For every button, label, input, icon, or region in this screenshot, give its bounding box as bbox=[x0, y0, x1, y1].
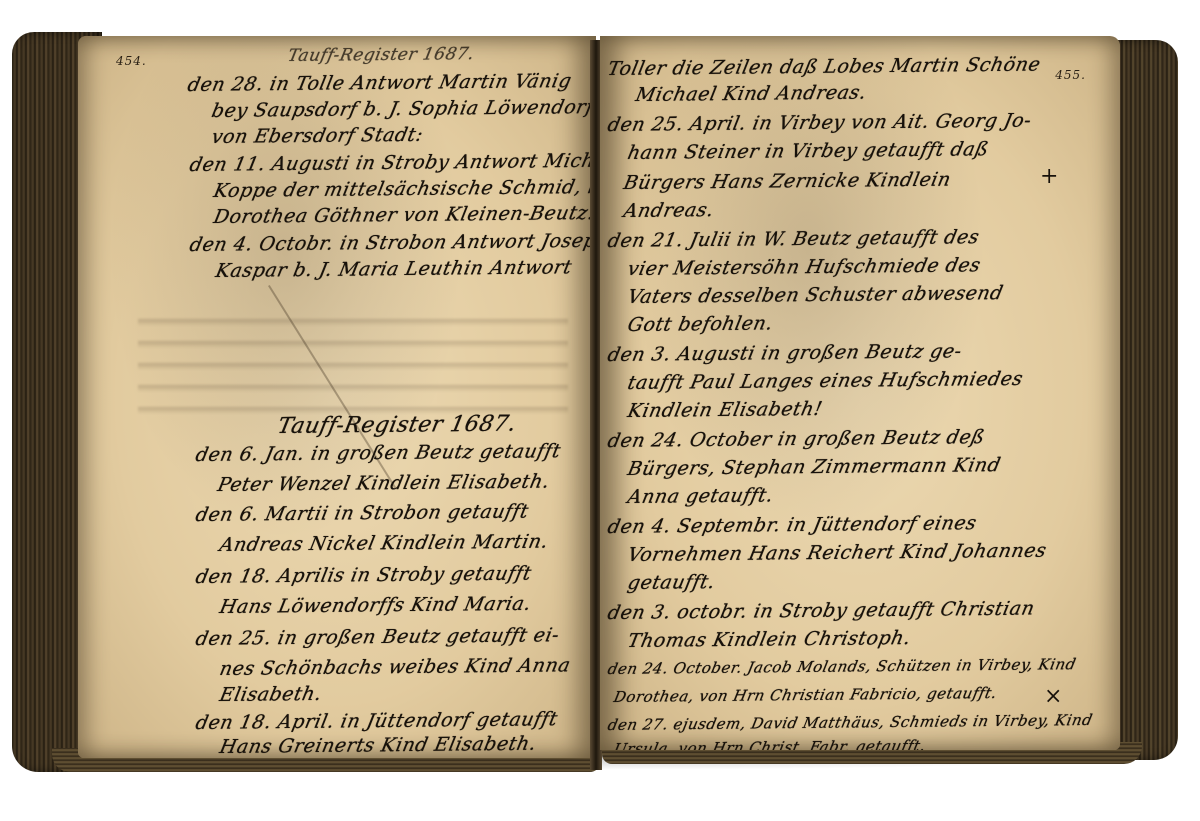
entry-line: den 18. April. in Jüttendorf getaufft bbox=[194, 708, 560, 734]
entry-line: den 11. Augusti in Stroby Antwort Michel bbox=[188, 150, 596, 176]
entry-line: Andreas. bbox=[622, 199, 716, 222]
entry-line: Elisabeth. bbox=[218, 683, 324, 706]
entry-line: Peter Wenzel Kindlein Elisabeth. bbox=[216, 471, 552, 496]
entry-line: den 6. Martii in Strobon getaufft bbox=[194, 501, 531, 526]
entry-line: bey Saupsdorf b. J. Sophia Löwendorf bbox=[210, 96, 596, 122]
entry-line: den 24. October. Jacob Molands, Schützen… bbox=[606, 655, 1078, 678]
left-page: 454. Tauff-Register 1687. den 28. in Tol… bbox=[78, 36, 596, 758]
entry-line: Kindlein Elisabeth! bbox=[626, 398, 825, 422]
entry-line: den 6. Jan. in großen Beutz getaufft bbox=[194, 440, 563, 466]
open-book: 454. Tauff-Register 1687. den 28. in Tol… bbox=[12, 26, 1178, 774]
entry-line: taufft Paul Langes eines Hufschmiedes bbox=[626, 368, 1025, 394]
entry-line: Ursula, von Hrn Christ. Fabr. getaufft. bbox=[612, 737, 927, 750]
entry-line: den 28. in Tolle Antwort Martin Vänig bbox=[186, 70, 574, 96]
entry-line: getaufft. bbox=[626, 571, 717, 594]
entry-line: Vaters desselben Schuster abwesend bbox=[626, 282, 1006, 308]
entry-line: Dorothea Göthner von Kleinen-Beutz. bbox=[212, 202, 596, 228]
entry-line: Koppe der mittelsächsische Schmid, b. J. bbox=[212, 176, 596, 202]
folio-number: 455. bbox=[1055, 68, 1086, 82]
entry-line: Hans Löwendorffs Kind Maria. bbox=[218, 593, 533, 618]
entry-line: Kaspar b. J. Maria Leuthin Antwort bbox=[214, 256, 574, 282]
margin-cross-mark: + bbox=[1040, 164, 1058, 189]
entry-line: den 18. Aprilis in Stroby getaufft bbox=[194, 562, 534, 588]
entry-line: den 24. October in großen Beutz deß bbox=[606, 426, 987, 452]
entry-line: den 25. April. in Virbey von Ait. Georg … bbox=[606, 110, 1034, 136]
entry-line: Toller die Zeilen daß Lobes Martin Schön… bbox=[606, 53, 1043, 80]
entry-line: den 21. Julii in W. Beutz getaufft des bbox=[606, 226, 982, 252]
section-heading: Tauff-Register 1687. bbox=[275, 412, 518, 439]
entry-line: Michael Kind Andreas. bbox=[634, 82, 869, 106]
entry-line: den 4. Octobr. in Strobon Antwort Joseph bbox=[188, 230, 596, 256]
entry-line: den 3. Augusti in großen Beutz ge- bbox=[606, 340, 964, 366]
margin-x-mark: × bbox=[1044, 684, 1062, 709]
entry-line: Dorothea, von Hrn Christian Fabricio, ge… bbox=[612, 684, 999, 706]
page-heading: Tauff-Register 1687. bbox=[286, 44, 476, 66]
entry-line: Vornehmen Hans Reichert Kind Johannes bbox=[626, 540, 1049, 566]
entry-line: Thomas Kindlein Christoph. bbox=[626, 627, 913, 652]
entry-line: Gott befohlen. bbox=[626, 312, 775, 336]
entry-line: Hans Greinerts Kind Elisabeth. bbox=[218, 733, 539, 758]
entry-line: den 25. in großen Beutz getaufft ei- bbox=[194, 624, 562, 650]
right-page: 455. Toller die Zeilen daß Lobes Martin … bbox=[600, 36, 1120, 750]
entry-line: den 27. ejusdem, David Matthäus, Schmied… bbox=[606, 711, 1094, 734]
folio-number: 454. bbox=[116, 54, 147, 68]
entry-line: vier Meistersöhn Hufschmiede des bbox=[626, 254, 983, 280]
entry-line: Bürgers Hans Zernicke Kindlein bbox=[622, 169, 953, 194]
entry-line: nes Schönbachs weibes Kind Anna bbox=[218, 654, 573, 680]
entry-line: hann Steiner in Virbey getaufft daß bbox=[626, 138, 991, 164]
entry-line: Andreas Nickel Kindlein Martin. bbox=[218, 531, 551, 556]
entry-line: den 3. octobr. in Stroby getaufft Christ… bbox=[606, 598, 1037, 624]
entry-line: Anna getaufft. bbox=[626, 484, 776, 508]
entry-line: von Ebersdorf Stadt: bbox=[210, 124, 425, 148]
entry-line: Bürgers, Stephan Zimmermann Kind bbox=[626, 454, 1003, 480]
entry-line: den 4. Septembr. in Jüttendorf eines bbox=[606, 512, 979, 538]
faded-text-area bbox=[138, 304, 568, 424]
